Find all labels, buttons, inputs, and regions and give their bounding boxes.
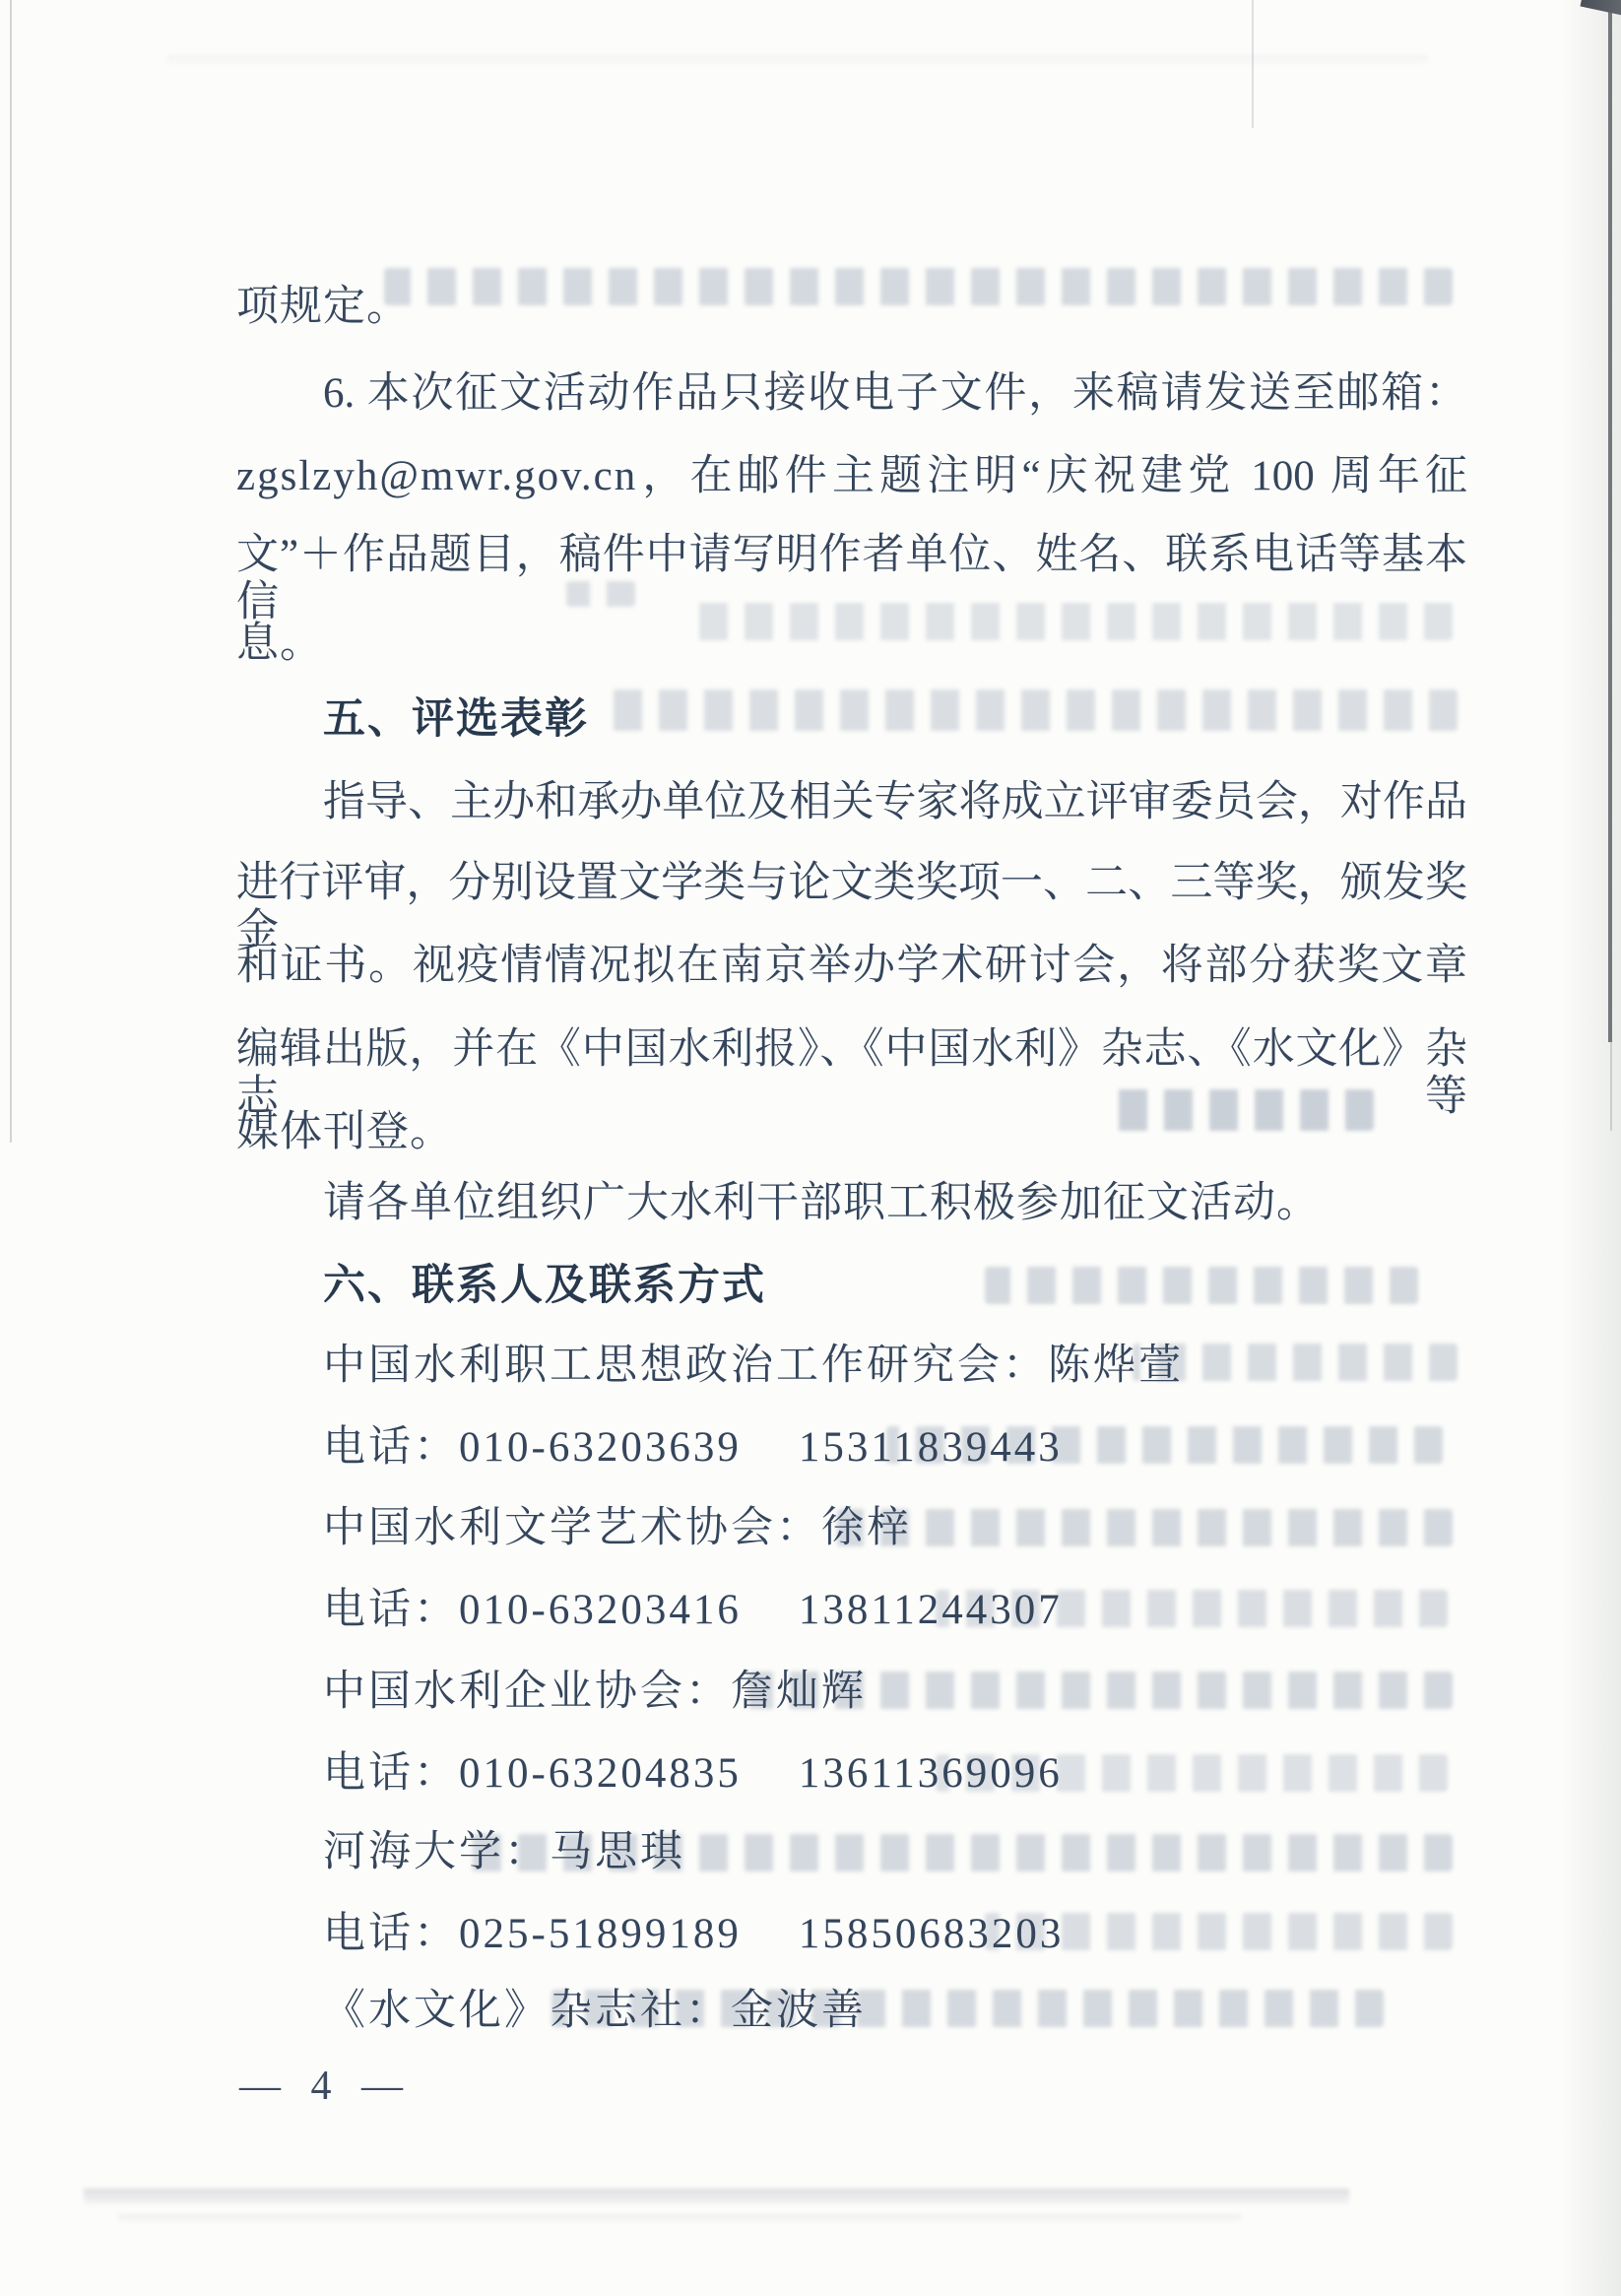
scan-crease-line-left <box>10 0 12 1143</box>
scan-edge-band-right <box>1562 0 1621 2296</box>
body-line-item6-1: 6. 本次征文活动作品只接收电子文件，来稿请发送至邮箱： <box>323 370 1467 418</box>
bleedthrough-text-smudge <box>837 1509 1453 1546</box>
bleedthrough-text-smudge <box>384 268 1453 305</box>
body-line-item6-4: 息。 <box>236 621 323 668</box>
body-line-s5-2: 进行评审，分别设置文学类与论文类奖项一、二、三等奖，颁发奖金 <box>236 860 1467 954</box>
contact-phone-line: 电话：025-5189918915850683203 <box>323 1911 1064 1958</box>
phone-label: 电话： <box>323 1587 459 1633</box>
contact-phone-line: 电话：010-6320341613811244307 <box>323 1587 1063 1634</box>
contact-org-line: 河海大学：马思琪 <box>323 1829 685 1876</box>
body-line-item6-3: 文”＋作品题目，稿件中请写明作者单位、姓名、联系电话等基本信 <box>236 532 1467 626</box>
contact-phone-line: 电话：010-6320363915311839443 <box>323 1424 1063 1472</box>
office-phone: 010-63203416 <box>459 1587 742 1633</box>
contact-org-line: 中国水利职工思想政治工作研究会：陈烨萱 <box>323 1343 1184 1390</box>
contact-phone-line: 电话：010-6320483513611369096 <box>323 1750 1063 1798</box>
contact-org-line: 中国水利企业协会：詹灿辉 <box>323 1669 867 1716</box>
phone-label: 电话： <box>323 1911 459 1957</box>
phone-label: 电话： <box>323 1424 459 1471</box>
mobile-phone: 15850683203 <box>799 1911 1065 1957</box>
body-line-s5-1: 指导、主办和承办单位及相关专家将成立评审委员会，对作品 <box>323 779 1467 826</box>
contact-org-line: 《水文化》杂志社：金波善 <box>323 1988 867 2035</box>
phone-label: 电话： <box>323 1750 459 1797</box>
body-line-carryover: 项规定。 <box>236 284 410 331</box>
scanned-document-page: 项规定。 6. 本次征文活动作品只接收电子文件，来稿请发送至邮箱： zgslzy… <box>0 0 1621 2296</box>
page-number: — 4 — <box>239 2063 405 2110</box>
bleedthrough-smudge <box>167 55 1428 65</box>
mobile-phone: 13611369096 <box>799 1750 1063 1797</box>
body-line-s5-3: 和证书。视疫情情况拟在南京举办学术研讨会，将部分获奖文章 <box>236 943 1467 990</box>
mobile-phone: 15311839443 <box>799 1424 1063 1471</box>
contact-org-line: 中国水利文学艺术协会：徐梓 <box>323 1505 912 1552</box>
body-line-s5-4: 编辑出版，并在《中国水利报》、《中国水利》杂志、《水文化》杂志等 <box>236 1026 1467 1121</box>
office-phone: 010-63203639 <box>459 1424 742 1471</box>
bleedthrough-smudge <box>84 2189 1349 2204</box>
body-line-s5-5: 媒体刊登。 <box>236 1109 453 1156</box>
section-heading-5: 五、评选表彰 <box>323 696 589 744</box>
bleedthrough-text-smudge <box>985 1267 1418 1304</box>
email-address: zgslzyh@mwr.gov.cn <box>236 453 637 499</box>
bleedthrough-text-smudge <box>611 689 1458 731</box>
section-heading-6: 六、联系人及联系方式 <box>323 1263 766 1310</box>
body-line-item6-2: zgslzyh@mwr.gov.cn，在邮件主题注明“庆祝建党 100 周年征 <box>236 453 1467 500</box>
office-phone: 025-51899189 <box>459 1911 742 1957</box>
body-line-item6-2-rest: ，在邮件主题注明“庆祝建党 100 周年征 <box>637 453 1467 499</box>
bleedthrough-smudge <box>118 2214 1241 2222</box>
office-phone: 010-63204835 <box>459 1750 742 1797</box>
mobile-phone: 13811244307 <box>799 1587 1063 1633</box>
body-line-appeal: 请各单位组织广大水利干部职工积极参加征文活动。 <box>323 1180 1320 1227</box>
